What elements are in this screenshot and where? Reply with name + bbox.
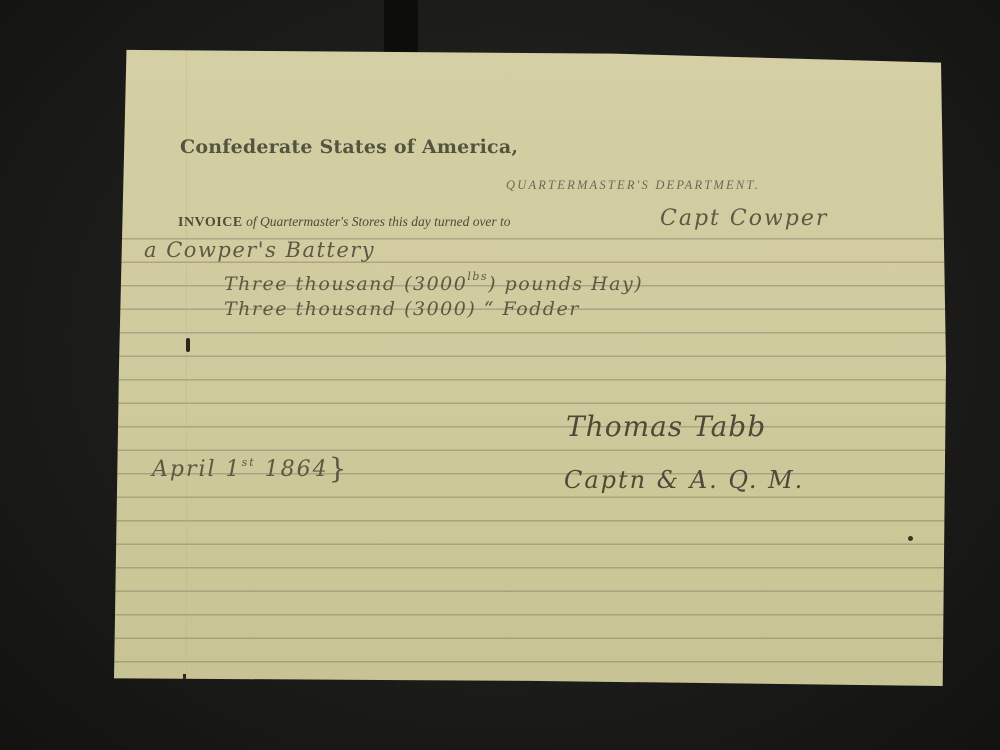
ink-dot [908, 536, 913, 541]
recipient-name: Capt Cowper [660, 206, 828, 231]
line-item-quantity: Three thousand (3000 [224, 273, 467, 295]
signature-title: Captn & A. Q. M. [564, 466, 804, 494]
ink-blot [186, 338, 190, 352]
recipient-unit: a Cowper's Battery [144, 238, 375, 262]
invoice-text: of Quartermaster's Stores this day turne… [243, 214, 511, 229]
date-ordinal: st [242, 456, 256, 469]
document-heading: Confederate States of America, [180, 136, 518, 158]
backdrop-shadow [384, 0, 418, 60]
line-item-unit-sup: lbs [467, 270, 488, 283]
department-label: QUARTERMASTER'S DEPARTMENT. [506, 178, 760, 193]
invoice-title: INVOICE [178, 215, 243, 230]
line-item-description: “ Fodder [476, 298, 580, 320]
line-item: Three thousand (3000) “ Fodder [224, 298, 580, 320]
edge-mark [183, 674, 186, 682]
date-month-day: April 1 [152, 457, 242, 482]
invoice-date: April 1st 1864} [152, 450, 348, 483]
line-item-description: ) pounds Hay) [488, 273, 643, 295]
invoice-document: Confederate States of America, QUARTERMA… [114, 46, 946, 686]
invoice-preamble: INVOICE of Quartermaster's Stores this d… [178, 214, 511, 231]
line-item: Three thousand (3000lbs) pounds Hay) [224, 270, 643, 295]
line-item-quantity: Three thousand (3000) [224, 298, 476, 320]
brace-flourish: } [329, 452, 349, 485]
signature-name: Thomas Tabb [566, 410, 766, 443]
date-year: 1864 [256, 457, 329, 482]
